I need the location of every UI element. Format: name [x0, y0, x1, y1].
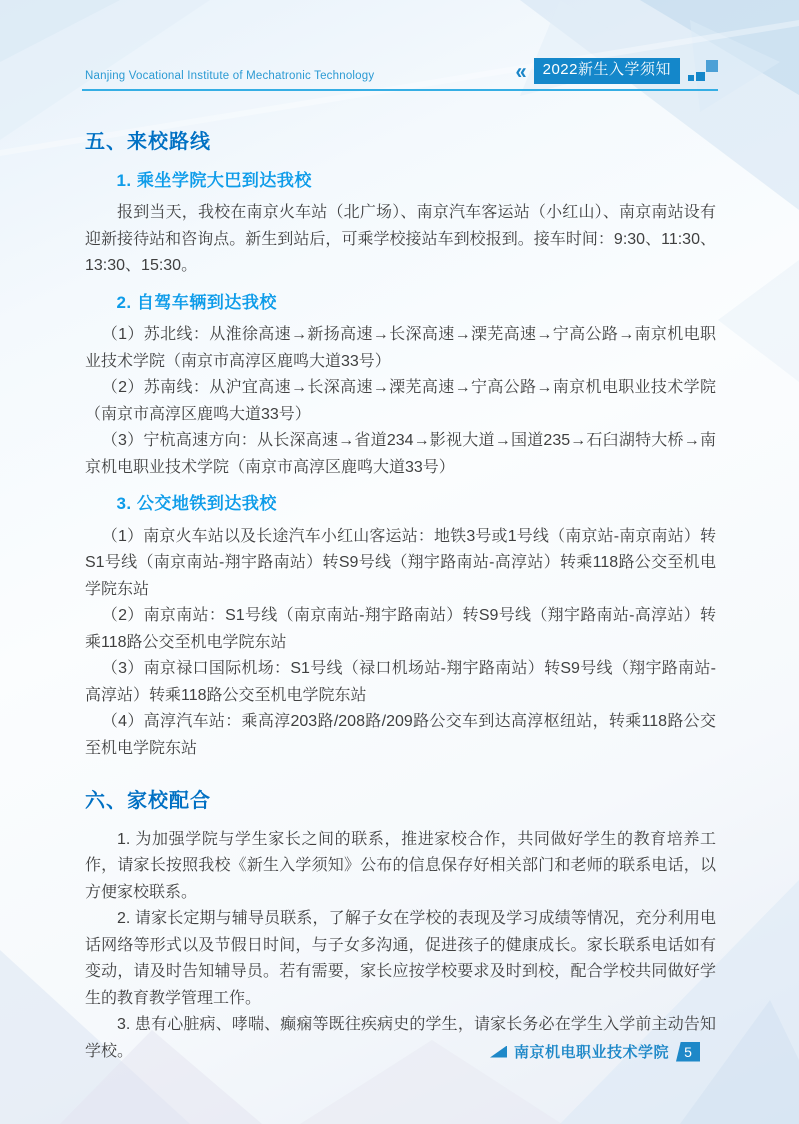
page-number-badge: 5	[676, 1042, 700, 1062]
paragraph-route-subei: （1）苏北线：从淮徐高速→新扬高速→长深高速→溧芜高速→宁高公路→南京机电职业技…	[85, 322, 716, 375]
pixel-stairs-icon	[687, 57, 718, 84]
school-name: 南京机电职业技术学院	[514, 1041, 669, 1062]
pixel-square-large	[706, 60, 718, 72]
pixel-square-small	[688, 75, 694, 81]
section-title-home-school: 六、家校配合	[85, 788, 716, 815]
paragraph-transit-south-station: （2）南京南站：S1号线（南京南站-翔宇路南站）转S9号线（翔宇路南站-高淳站）…	[85, 603, 716, 656]
paragraph-route-ninghang: （3）宁杭高速方向：从长深高速→省道234→影视大道→国道235→石臼湖特大桥→…	[85, 428, 716, 481]
document-page: Nanjing Vocational Institute of Mechatro…	[0, 0, 799, 1124]
subsection-title-school-bus: 1. 乘坐学院大巴到达我校	[85, 168, 716, 195]
subsection-title-self-driving: 2. 自驾车辆到达我校	[85, 290, 716, 317]
paragraph-home-school-1: 1. 为加强学院与学生家长之间的联系，推进家校合作，共同做好学生的教育培养工作，…	[85, 827, 716, 907]
paragraph-transit-gaochun-bus: （4）高淳汽车站：乘高淳203路/208路/209路公交车到达高淳枢纽站，转乘1…	[85, 709, 716, 762]
page-footer: 南京机电职业技术学院 5	[490, 1041, 700, 1062]
triangle-icon	[490, 1046, 507, 1058]
institute-name-en: Nanjing Vocational Institute of Mechatro…	[85, 70, 374, 84]
paragraph-route-sunan: （2）苏南线：从沪宜高速→长深高速→溧芜高速→宁高公路→南京机电职业技术学院（南…	[85, 375, 716, 428]
document-body: 五、来校路线 1. 乘坐学院大巴到达我校 报到当天，我校在南京火车站（北广场）、…	[85, 129, 716, 1065]
paragraph-home-school-2: 2. 请家长定期与辅导员联系，了解子女在学校的表现及学习成绩等情况，充分利用电话…	[85, 906, 716, 1012]
pixel-square-medium	[696, 72, 705, 81]
paragraph-transit-airport: （3）南京禄口国际机场：S1号线（禄口机场站-翔宇路南站）转S9号线（翔宇路南站…	[85, 656, 716, 709]
header-title-group: « 2022新生入学须知	[516, 57, 719, 84]
document-title-badge: 2022新生入学须知	[534, 58, 680, 84]
paragraph-school-bus: 报到当天，我校在南京火车站（北广场）、南京汽车客运站（小红山）、南京南站设有迎新…	[85, 200, 716, 280]
page-header: Nanjing Vocational Institute of Mechatro…	[82, 0, 718, 91]
paragraph-transit-railway-station: （1）南京火车站以及长途汽车小红山客运站：地铁3号或1号线（南京站-南京南站）转…	[85, 524, 716, 604]
section-title-routes: 五、来校路线	[85, 129, 716, 156]
chevron-left-double-icon: «	[516, 61, 527, 85]
subsection-title-public-transit: 3. 公交地铁到达我校	[85, 491, 716, 518]
